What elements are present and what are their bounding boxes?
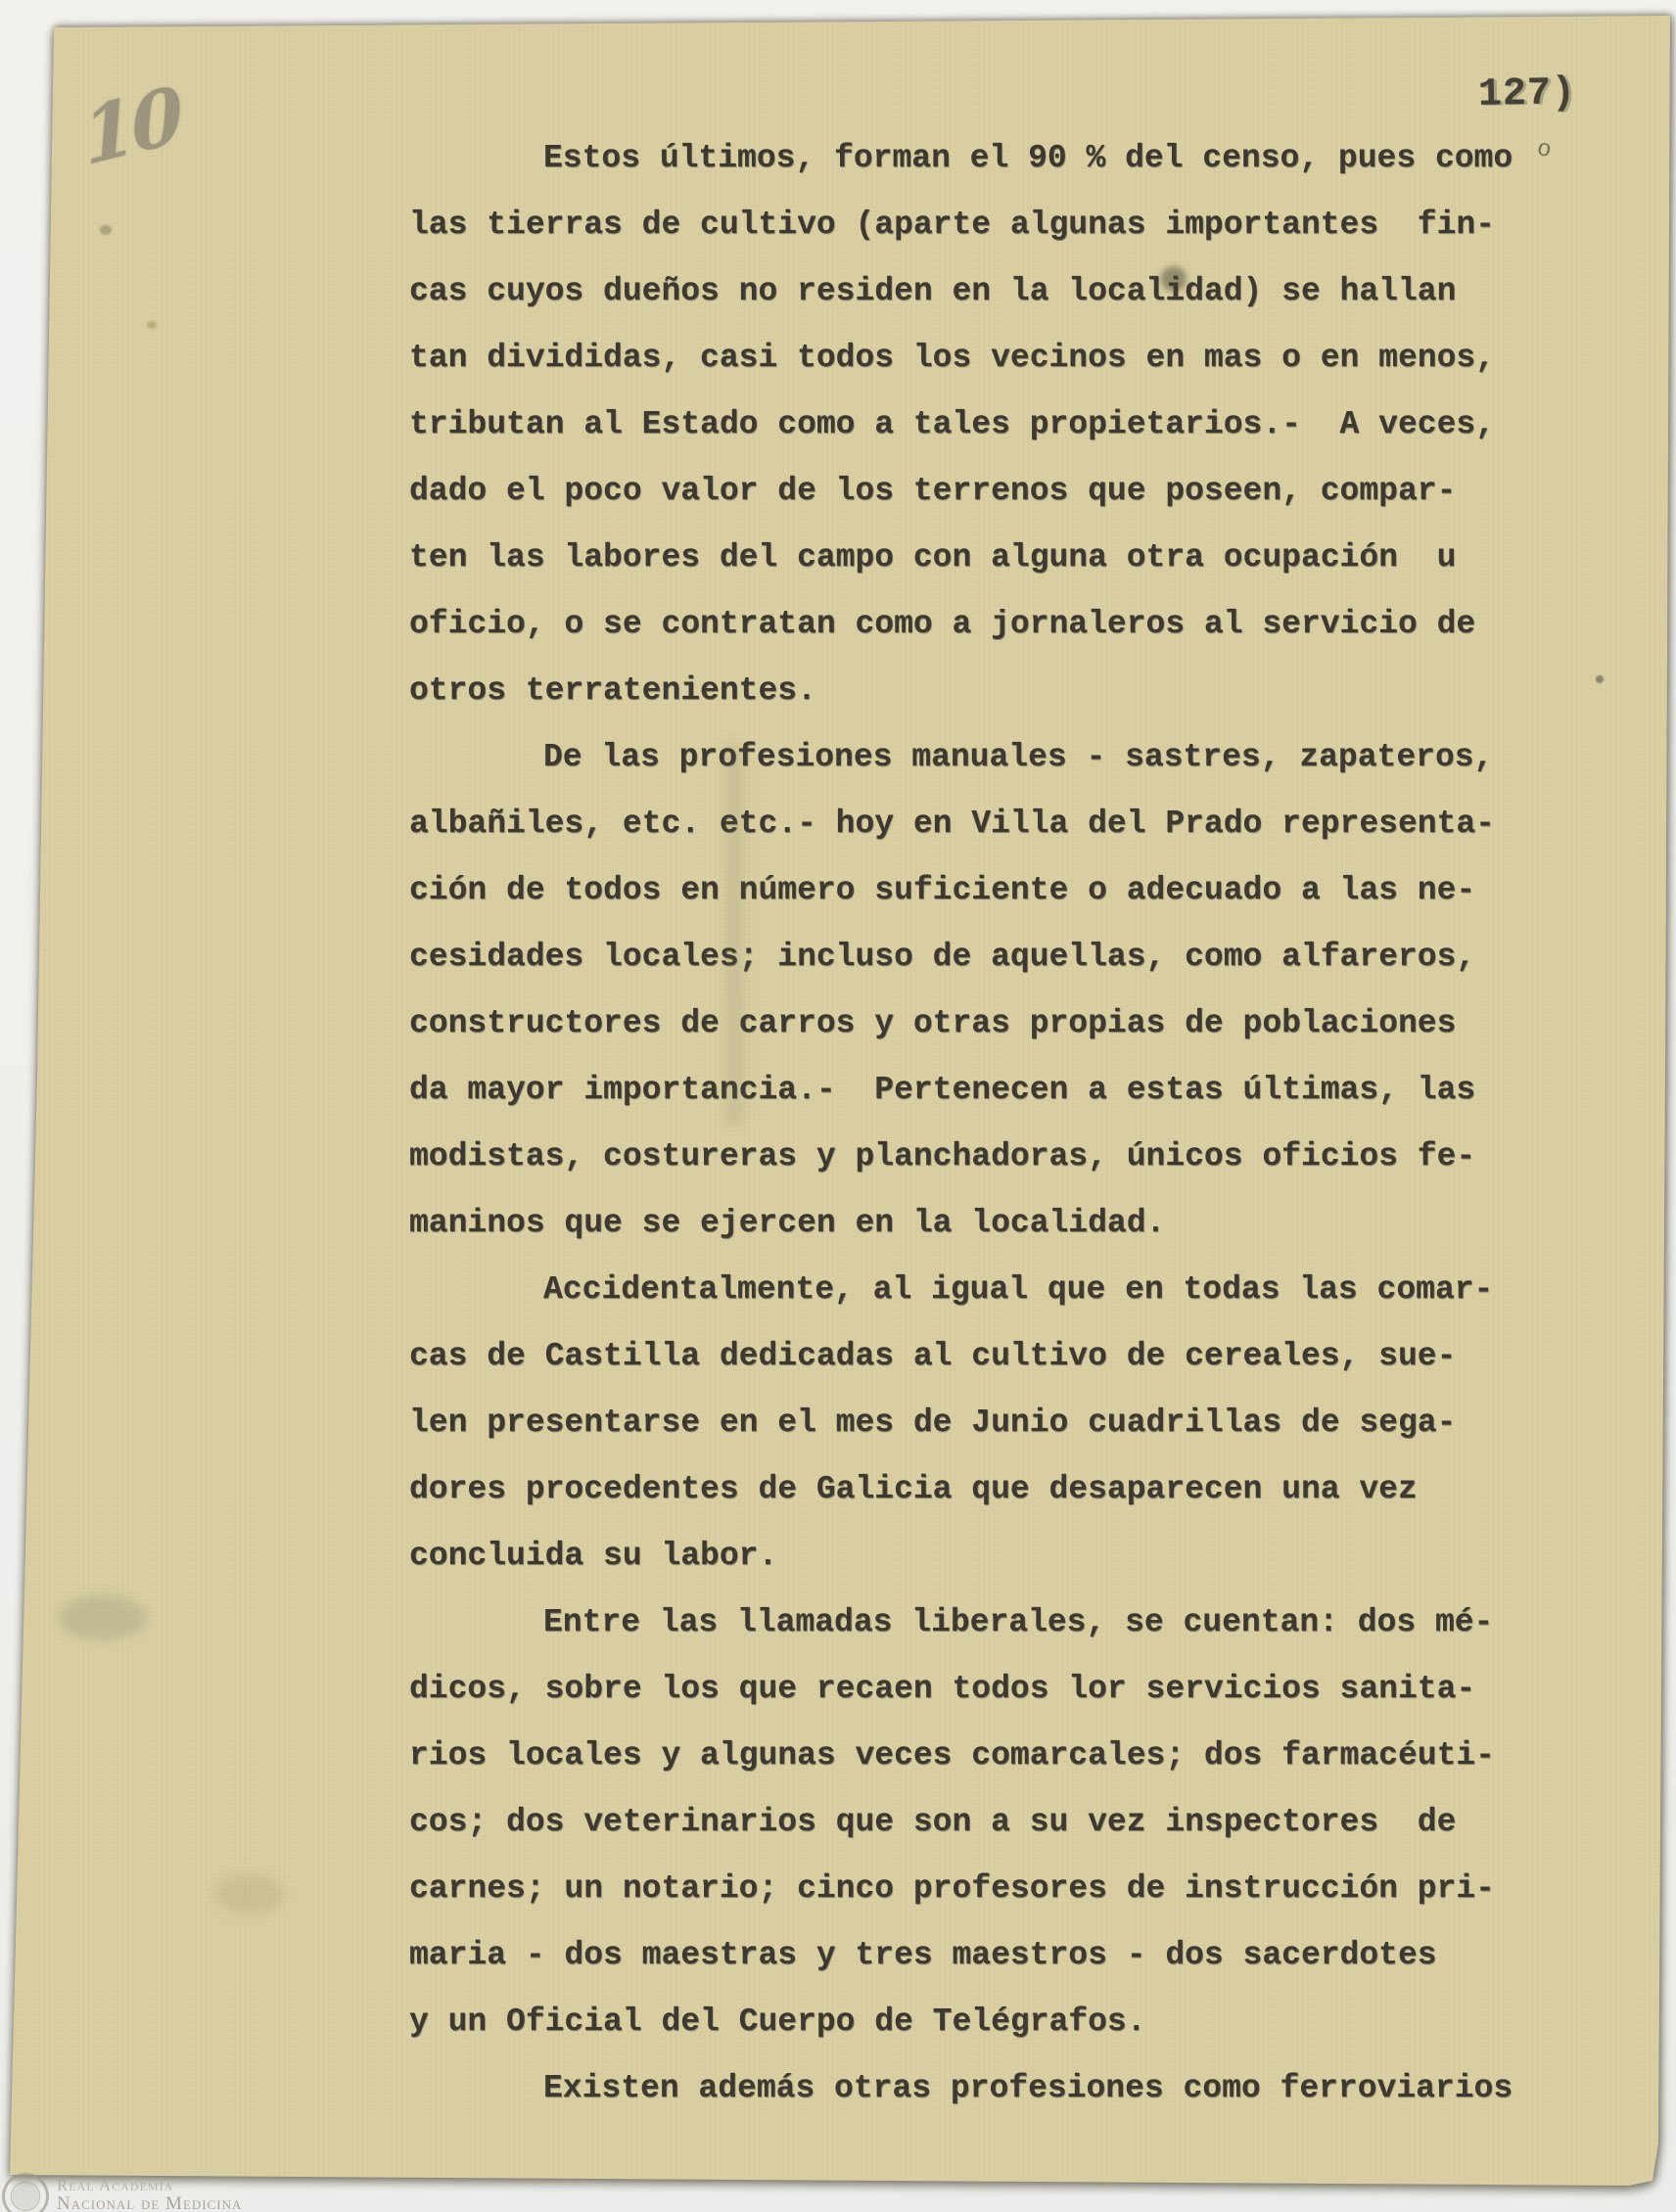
typewritten-line: albañiles, etc. etc.- hoy en Villa del P… xyxy=(409,791,1613,857)
paper-sheet: 10 127) o Estos últimos, forman el 90 % … xyxy=(0,0,1676,2212)
typewritten-line: las tierras de cultivo (aparte algunas i… xyxy=(409,192,1613,258)
watermark-line1: Real Academia xyxy=(57,2177,242,2194)
typewritten-line: De las profesiones manuales - sastres, z… xyxy=(409,724,1613,791)
typewritten-line: tan divididas, casi todos los vecinos en… xyxy=(409,325,1613,392)
pencil-smudge-stain xyxy=(59,1595,147,1640)
typewritten-line: tributan al Estado como a tales propieta… xyxy=(409,392,1613,458)
typewritten-text: Estos últimos, forman el 90 % del censo,… xyxy=(409,125,1613,2122)
typewritten-line: maria - dos maestras y tres maestros - d… xyxy=(409,1922,1613,1989)
typewritten-line: rios locales y algunas veces comarcales;… xyxy=(409,1723,1613,1789)
typewritten-line: ción de todos en número suficiente o ade… xyxy=(409,857,1613,924)
typewritten-line: ten las labores del campo con alguna otr… xyxy=(409,525,1613,591)
typewritten-line: y un Oficial del Cuerpo de Telégrafos. xyxy=(409,1989,1613,2055)
typewritten-line: da mayor importancia.- Pertenecen a esta… xyxy=(409,1057,1613,1124)
typewritten-line: cas cuyos dueños no residen en la locali… xyxy=(409,258,1613,325)
paper-shadow-wrap: 10 127) o Estos últimos, forman el 90 % … xyxy=(0,0,1676,2212)
typewritten-line: concluida su labor. xyxy=(409,1523,1613,1590)
yellow-speck-stain xyxy=(147,321,157,329)
archive-watermark: Real Academia Nacional de Medicina xyxy=(2,2173,242,2212)
ranm-seal-icon xyxy=(2,2173,49,2212)
page-number-stamp: 127) xyxy=(1478,71,1577,117)
faint-smudge-stain xyxy=(215,1874,284,1913)
watermark-line2: Nacional de Medicina xyxy=(57,2194,242,2212)
typewritten-line: cas de Castilla dedicadas al cultivo de … xyxy=(409,1323,1613,1390)
archive-watermark-text: Real Academia Nacional de Medicina xyxy=(57,2173,242,2212)
typewritten-line: len presentarse en el mes de Junio cuadr… xyxy=(409,1390,1613,1456)
typewritten-line: dicos, sobre los que recaen todos lor se… xyxy=(409,1656,1613,1723)
typewritten-line: Estos últimos, forman el 90 % del censo,… xyxy=(409,125,1613,192)
typewritten-line: Existen además otras profesiones como fe… xyxy=(409,2055,1613,2122)
small-dot-stain xyxy=(100,225,112,235)
scanned-document: 10 127) o Estos últimos, forman el 90 % … xyxy=(0,0,1676,2212)
typewritten-line: otros terratenientes. xyxy=(409,658,1613,724)
typewritten-line: Accidentalmente, al igual que en todas l… xyxy=(409,1257,1613,1323)
typewritten-line: dado el poco valor de los terrenos que p… xyxy=(409,458,1613,525)
typewritten-line: modistas, costureras y planchadoras, úni… xyxy=(409,1124,1613,1190)
typewritten-line: constructores de carros y otras propias … xyxy=(409,991,1613,1057)
typewritten-line: oficio, o se contratan como a jornaleros… xyxy=(409,591,1613,658)
typewritten-line: maninos que se ejercen en la localidad. xyxy=(409,1190,1613,1257)
handwritten-folio-number: 10 xyxy=(79,70,184,184)
typewritten-line: cos; dos veterinarios que son a su vez i… xyxy=(409,1789,1613,1856)
typewritten-line: cesidades locales; incluso de aquellas, … xyxy=(409,924,1613,991)
typewritten-line: Entre las llamadas liberales, se cuentan… xyxy=(409,1590,1613,1656)
typewritten-line: carnes; un notario; cinco profesores de … xyxy=(409,1856,1613,1922)
typewritten-line: dores procedentes de Galicia que desapar… xyxy=(409,1456,1613,1523)
